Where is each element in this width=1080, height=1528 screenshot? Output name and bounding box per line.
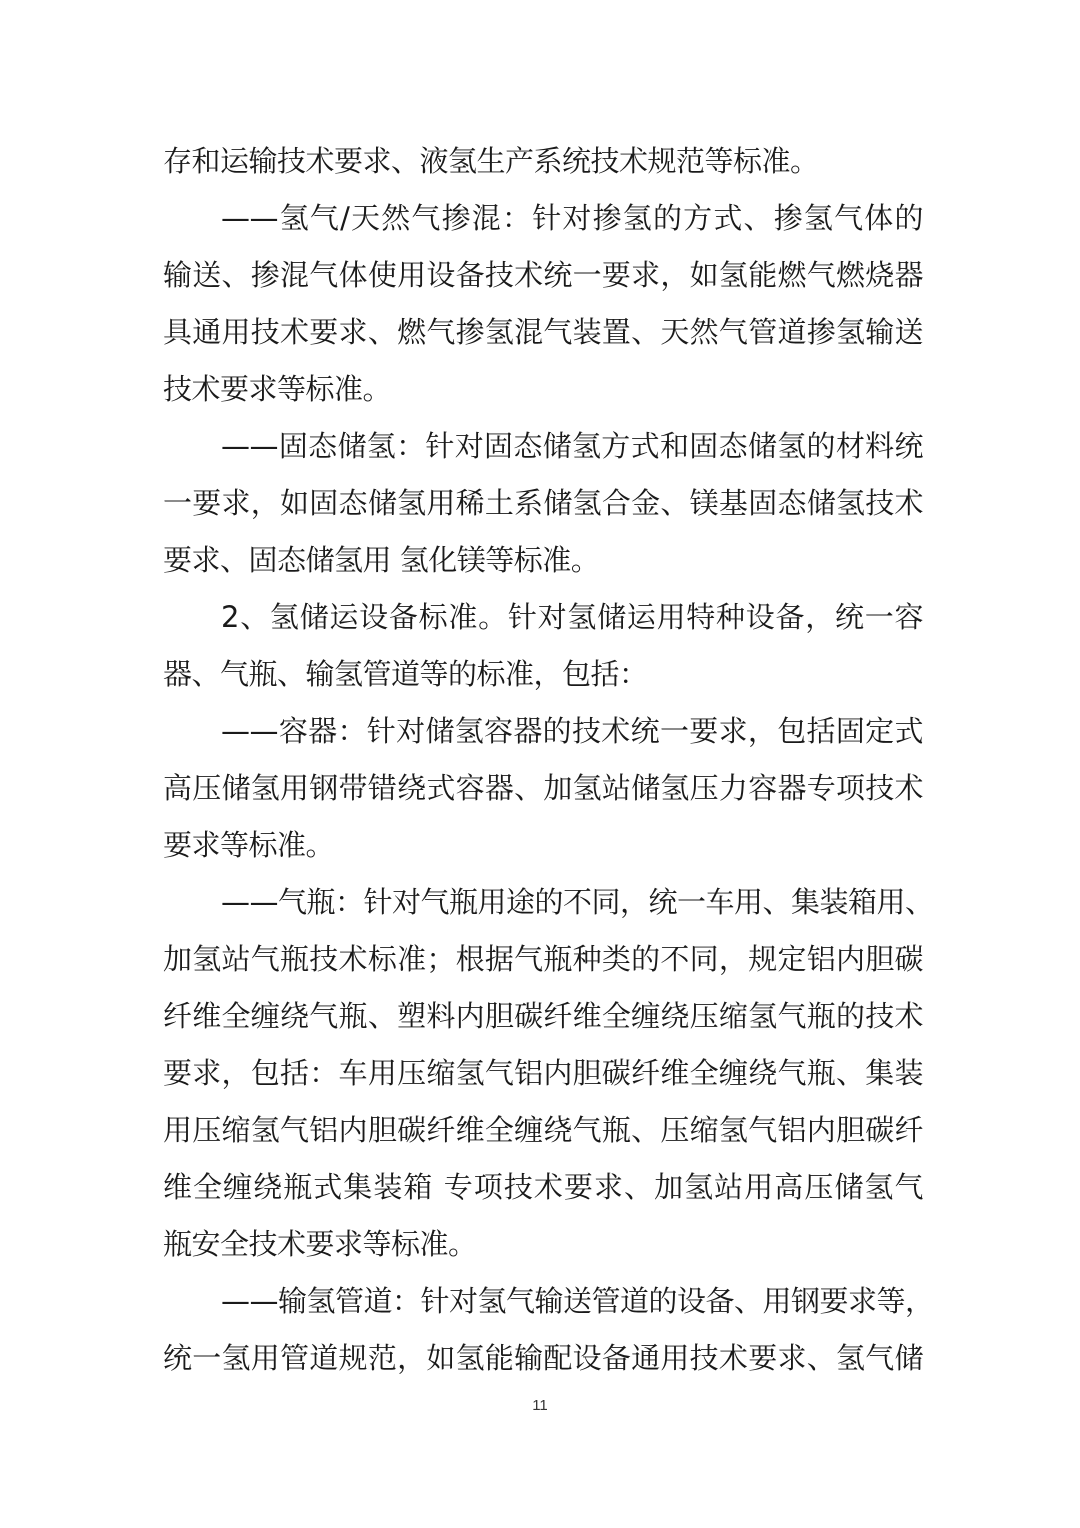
text-line: 要求，包括：车用压缩氢气铝内胆碳纤维全缠绕气瓶、集装 [163,1045,923,1102]
text-line: 用压缩氢气铝内胆碳纤维全缠绕气瓶、压缩氢气铝内胆碳纤 [163,1102,923,1159]
text-line: ——氢气/天然气掺混：针对掺氢的方式、掺氢气体的 [163,190,923,247]
text-line: 要求等标准。 [163,817,923,874]
text-line: ——气瓶：针对气瓶用途的不同，统一车用、集装箱用、 [163,874,923,931]
body-text: 存和运输技术要求、液氢生产系统技术规范等标准。 ——氢气/天然气掺混：针对掺氢的… [163,133,923,1387]
text-line: 具通用技术要求、燃气掺氢混气装置、天然气管道掺氢输送 [163,304,923,361]
text-line: ——固态储氢：针对固态储氢方式和固态储氢的材料统 [163,418,923,475]
text-line: 维全缠绕瓶式集装箱 专项技术要求、加氢站用高压储氢气 [163,1159,923,1216]
text-line: ——容器：针对储氢容器的技术统一要求，包括固定式 [163,703,923,760]
text-line: ——输氢管道：针对氢气输送管道的设备、用钢要求等， [163,1273,923,1330]
text-line: 纤维全缠绕气瓶、塑料内胆碳纤维全缠绕压缩氢气瓶的技术 [163,988,923,1045]
text-line: 加氢站气瓶技术标准；根据气瓶种类的不同，规定铝内胆碳 [163,931,923,988]
text-line: 器、气瓶、输氢管道等的标准，包括： [163,646,923,703]
document-page: 存和运输技术要求、液氢生产系统技术规范等标准。 ——氢气/天然气掺混：针对掺氢的… [0,0,1080,1528]
text-line: 高压储氢用钢带错绕式容器、加氢站储氢压力容器专项技术 [163,760,923,817]
text-line: 要求、固态储氢用 氢化镁等标准。 [163,532,923,589]
text-line: 技术要求等标准。 [163,361,923,418]
text-line: 存和运输技术要求、液氢生产系统技术规范等标准。 [163,133,923,190]
text-line: 一要求，如固态储氢用稀土系储氢合金、镁基固态储氢技术 [163,475,923,532]
text-line: 输送、掺混气体使用设备技术统一要求，如氢能燃气燃烧器 [163,247,923,304]
text-line: 2、氢储运设备标准。针对氢储运用特种设备，统一容 [163,589,923,646]
text-line: 统一氢用管道规范，如氢能输配设备通用技术要求、氢气储 [163,1330,923,1387]
page-number: 11 [0,1397,1080,1414]
text-line: 瓶安全技术要求等标准。 [163,1216,923,1273]
